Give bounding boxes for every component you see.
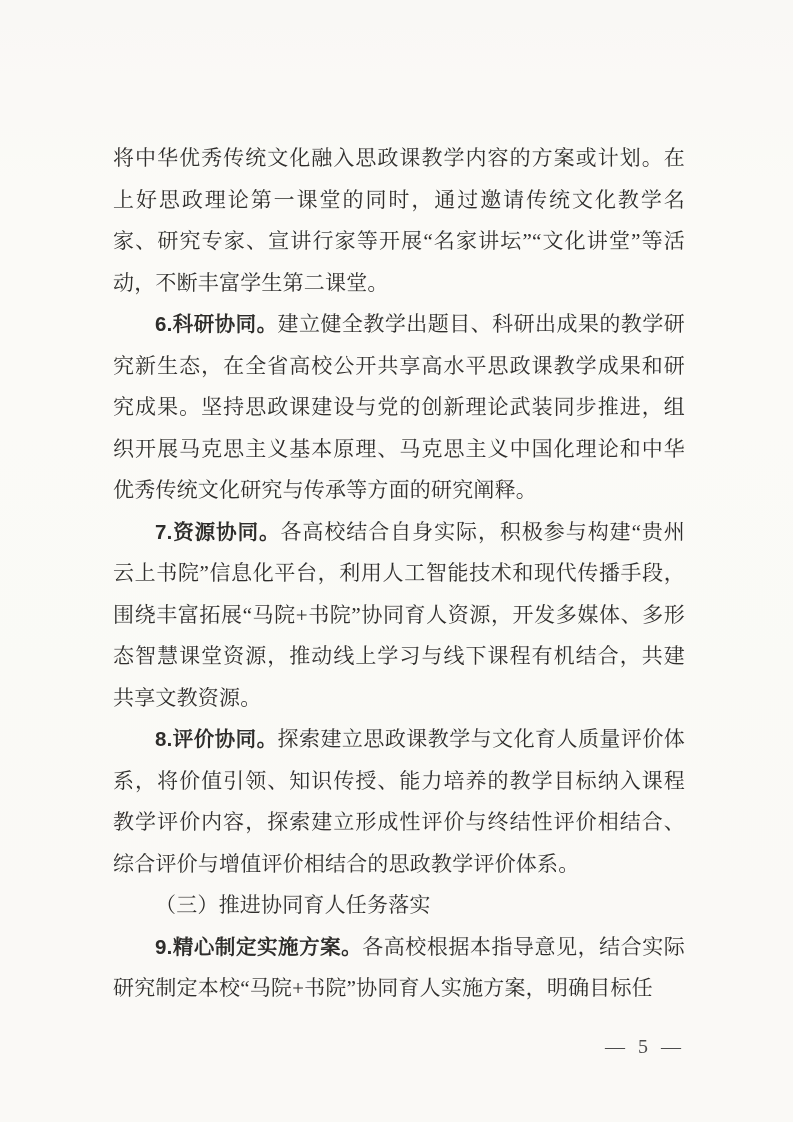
numbered-item-6: 6.科研协同。建立健全教学出题目、科研出成果的教学研究新生态，在全省高校公开共享… — [113, 304, 685, 512]
paragraph-text: 将中华优秀传统文化融入思政课教学内容的方案或计划。在上好思政理论第一课堂的同时，… — [113, 146, 685, 295]
page-number: — 5 — — [605, 1033, 685, 1061]
subsection-heading-3: （三）推进协同育人任务落实 — [113, 885, 685, 927]
numbered-item-8: 8.评价协同。探索建立思政课教学与文化育人质量评价体系，将价值引领、知识传授、能… — [113, 719, 685, 885]
numbered-item-8-heading: 8.评价协同。 — [155, 728, 278, 751]
numbered-item-6-text: 建立健全教学出题目、科研出成果的教学研究新生态，在全省高校公开共享高水平思政课教… — [113, 312, 685, 502]
numbered-item-6-heading: 6.科研协同。 — [155, 313, 278, 336]
numbered-item-7: 7.资源协同。各高校结合自身实际，积极参与构建“贵州云上书院”信息化平台，利用人… — [113, 512, 685, 720]
paragraph-continued: 将中华优秀传统文化融入思政课教学内容的方案或计划。在上好思政理论第一课堂的同时，… — [113, 138, 685, 304]
numbered-item-9: 9.精心制定实施方案。各高校根据本指导意见，结合实际研究制定本校“马院+书院”协… — [113, 927, 685, 1010]
document-page: 将中华优秀传统文化融入思政课教学内容的方案或计划。在上好思政理论第一课堂的同时，… — [0, 0, 793, 1122]
numbered-item-7-text: 各高校结合自身实际，积极参与构建“贵州云上书院”信息化平台，利用人工智能技术和现… — [113, 520, 685, 710]
subsection-heading-text: （三）推进协同育人任务落实 — [155, 893, 431, 917]
numbered-item-9-heading: 9.精心制定实施方案。 — [155, 936, 362, 959]
numbered-item-7-heading: 7.资源协同。 — [155, 521, 280, 544]
page-body-text: 将中华优秀传统文化融入思政课教学内容的方案或计划。在上好思政理论第一课堂的同时，… — [113, 138, 685, 1010]
